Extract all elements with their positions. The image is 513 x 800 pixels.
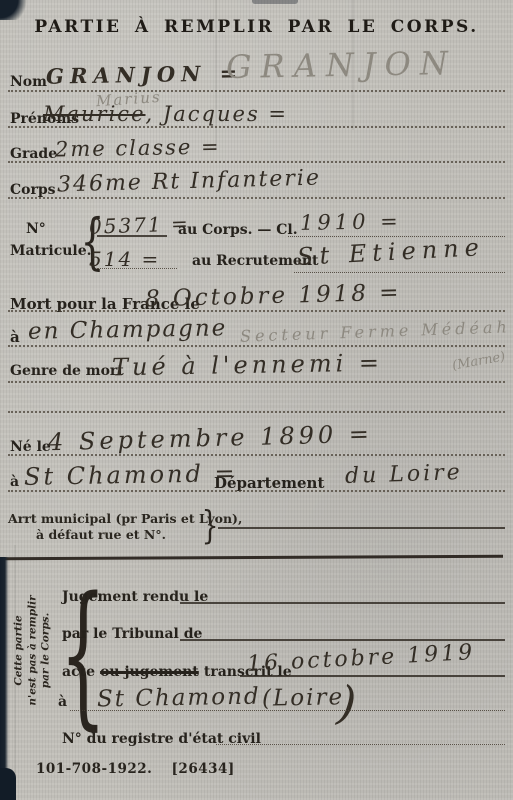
lieu-naissance-ruled-line [8,490,505,492]
departement-ink: du Loire [345,460,463,489]
prenoms-ruled-line [8,126,505,128]
corps-label: Corps [10,182,56,198]
print-code-bracket: [26434] [172,761,235,777]
lieu-naissance-ink: St Chamond = [24,459,238,491]
scan-edge-bottom-left [0,768,16,800]
corps-ink-value: 346me Rt Infanterie [57,166,322,198]
judgment-transcrit-line [240,675,505,677]
corps-ruled-line [8,197,505,199]
nom-ink-value: GRANJON = [46,60,244,88]
form-title: PARTIE À REMPLIR PAR LE CORPS. [0,17,513,37]
arrondissement-line [218,527,505,529]
judgment-lieu-departement-ink: (Loire [262,684,345,711]
lieu-mort-ink: en Champagne [28,315,228,344]
arrondissement-brace: } [202,505,219,545]
judgment-side-note-line2: n'est pas à remplir [26,586,40,716]
scan-edge-top-left [0,0,28,20]
grade-label: Grade [10,146,57,162]
matricule-recrutement-underline [97,268,177,269]
naissance-label: Né le [10,439,51,455]
judgment-lieu-ink: St Chamond [97,684,261,713]
matricule-recrutement-place-ink: St Etienne [296,233,485,271]
print-code-number: 101-708-1922. [36,761,152,777]
lieu-naissance-label: à [10,474,19,490]
matricule-name-label: Matricule. [10,243,92,259]
judgment-side-note-line1: Cette partie [13,586,27,716]
judgment-transcrit-date-ink: 16 octobre 1919 [247,640,476,677]
judgment-transcrit-pre: acte [62,664,95,680]
arrondissement-label-line2: à défaut rue et N°. [36,527,166,542]
judgment-lieu-label: à [58,694,67,710]
matricule-recrutement-line [294,272,505,273]
grade-ink-value: 2me classe = [55,135,221,162]
matricule-no-label: N° [26,221,46,237]
lieu-mort-ruled-line [8,345,505,347]
matricule-classe-ink: 1910 = [300,209,402,235]
blank-ruled-line [8,411,505,413]
lieu-mort-pencil-note: Secteur Ferme Médéah [240,317,511,345]
scan-edge-top-mark [252,0,298,4]
genre-mort-label: Genre de mort [10,363,124,379]
scan-edge-left-strip [0,557,9,800]
prenoms-struck-name: Maurice [43,102,146,126]
lieu-mort-label: à [10,328,20,346]
death-record-card: PARTIE À REMPLIR PAR LE CORPS. Nom GRANJ… [0,0,513,800]
section-divider-rule [4,555,503,561]
mort-ruled-line [8,310,505,312]
judgment-transcrit-struck: ou jugement [100,664,199,680]
prenoms-ink-rest: , Jacques = [146,102,289,126]
genre-mort-pencil-note: (Marne) [451,349,506,373]
judgment-side-note-line3: par le Corps. [40,586,54,716]
print-code: 101-708-1922. [26434] [36,761,235,777]
prenoms-ink-value: Maurice, Jacques = [43,102,288,126]
nom-label: Nom [10,74,47,90]
grade-ruled-line [8,161,505,163]
judgment-registre-line [216,744,505,745]
naissance-date-ink: 4 Septembre 1890 = [48,420,374,456]
judgment-side-note: Cette partie n'est pas à remplir par le … [13,586,54,716]
genre-mort-ink: Tué à l'ennemi = [112,349,383,382]
matricule-corps-underline [97,235,167,237]
judgment-rendu-line [180,602,505,604]
naissance-ruled-line [8,454,505,456]
matricule-au-corps-label: au Corps. — Cl. [178,222,298,238]
nom-ruled-line [8,90,505,92]
mort-date-ink: 8 Octobre 1918 = [145,280,402,313]
genre-mort-ruled-line [8,381,505,383]
nom-pencil-value: GRANJON [226,44,457,86]
judgment-lieu-line [70,710,505,711]
